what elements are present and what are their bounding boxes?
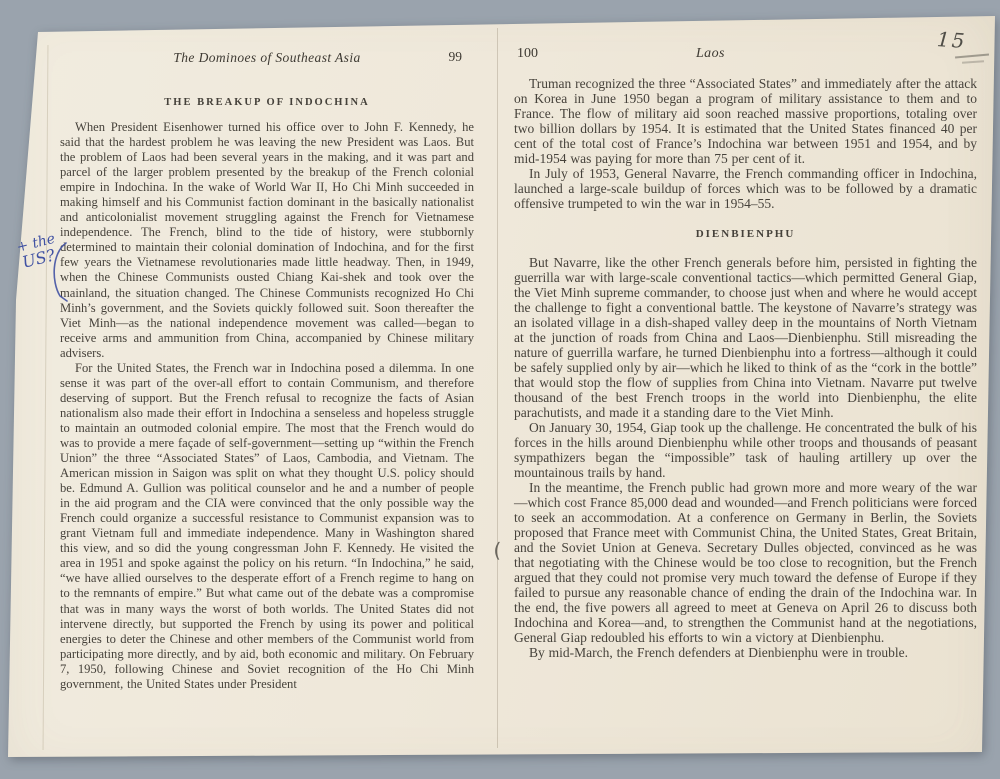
right-page-number: 100 [517, 46, 538, 62]
handwritten-brace [49, 241, 71, 305]
right-page-body: Truman recognized the three “Associated … [514, 76, 977, 660]
scanned-book-spread: The Dominoes of Southeast Asia 99 THE BR… [0, 0, 1000, 779]
right-header-title: Laos [696, 46, 725, 62]
handwritten-corner-number: 15 [936, 27, 967, 53]
section-heading-breakup-of-indochina: THE BREAKUP OF INDOCHINA [60, 97, 474, 108]
paragraph: For the United States, the French war in… [60, 361, 474, 692]
right-body-top: Truman recognized the three “Associated … [514, 76, 977, 211]
right-running-header: 100 Laos [514, 46, 977, 64]
left-header-title: The Dominoes of Southeast Asia [173, 50, 360, 65]
paragraph: Truman recognized the three “Associated … [514, 76, 977, 166]
paragraph: On January 30, 1954, Giap took up the ch… [514, 420, 977, 480]
paragraph: In July of 1953, General Navarre, the Fr… [514, 166, 977, 211]
paragraph: In the meantime, the French public had g… [514, 480, 977, 645]
section-heading-dienbienphu: DIENBIENPHU [514, 227, 977, 242]
pencil-paren-mark: ( [491, 538, 504, 562]
left-page-body: When President Eisenhower turned his off… [60, 120, 474, 692]
left-running-header: The Dominoes of Southeast Asia 99 [60, 49, 474, 67]
paragraph: But Navarre, like the other French gener… [514, 255, 977, 420]
right-body-bottom: But Navarre, like the other French gener… [514, 255, 977, 660]
center-gutter-line [497, 28, 498, 748]
left-page-number: 99 [449, 49, 463, 65]
paragraph: By mid-March, the French defenders at Di… [514, 645, 977, 660]
paragraph: When President Eisenhower turned his off… [60, 120, 474, 361]
